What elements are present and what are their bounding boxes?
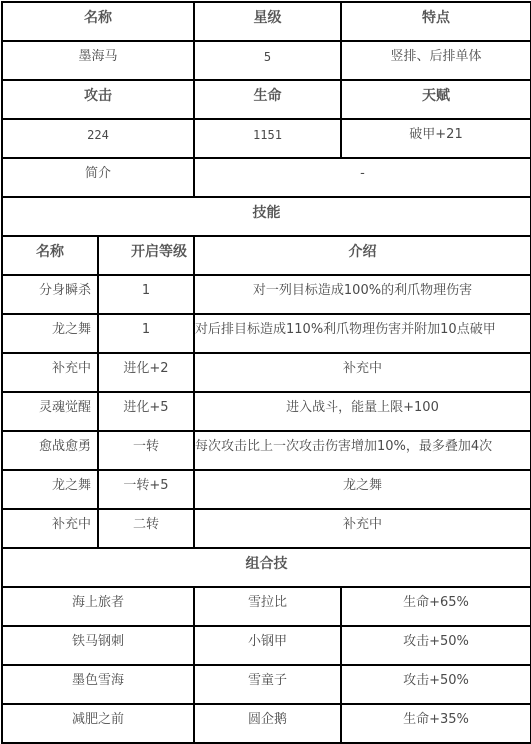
pet-feature: 竖排、后排单体 [341,41,531,80]
pet-attack: 224 [2,119,194,158]
skill-level: 二转 [98,509,194,548]
header-feature: 特点 [341,2,531,41]
skill-name: 灵魂觉醒 [2,392,98,431]
pet-hp: 1151 [194,119,341,158]
skill-desc: 龙之舞 [194,470,531,509]
combo-row: 海上旅者 雪拉比 生命+65% [2,587,531,626]
combo-partner: 雪拉比 [194,587,341,626]
header-stars: 星级 [194,2,341,41]
header-name: 名称 [2,2,194,41]
header-hp: 生命 [194,80,341,119]
combo-partner: 小钢甲 [194,626,341,665]
skill-level: 一转+5 [98,470,194,509]
skill-desc: 补充中 [194,353,531,392]
combo-effect: 攻击+50% [341,665,531,704]
combo-partner: 雪童子 [194,665,341,704]
combo-effect: 生命+65% [341,587,531,626]
skills-title: 技能 [2,197,531,236]
intro-value: - [194,158,531,197]
skill-name: 愈战愈勇 [2,431,98,470]
skill-name: 补充中 [2,353,98,392]
skill-desc: 进入战斗，能量上限+100 [194,392,531,431]
intro-row: 简介 - [2,158,531,197]
skills-header-name: 名称 [2,236,98,275]
stat-header-row: 攻击 生命 天赋 [2,80,531,119]
skills-header-level: 开启等级 [98,236,194,275]
skills-title-row: 技能 [2,197,531,236]
combo-row: 墨色雪海 雪童子 攻击+50% [2,665,531,704]
skill-desc: 对一列目标造成100%的利爪物理伤害 [194,275,531,314]
combo-name: 墨色雪海 [2,665,194,704]
skill-desc: 每次攻击比上一次攻击伤害增加10%，最多叠加4次 [194,431,531,470]
skills-header-desc: 介绍 [194,236,531,275]
skill-row: 补充中 二转 补充中 [2,509,531,548]
pet-stars: 5 [194,41,341,80]
combo-effect: 生命+35% [341,704,531,743]
combo-row: 减肥之前 圆企鹅 生命+35% [2,704,531,743]
skill-level: 一转 [98,431,194,470]
skill-level: 1 [98,314,194,353]
skills-header-row: 名称 开启等级 介绍 [2,236,531,275]
combo-partner: 圆企鹅 [194,704,341,743]
basic-value-row: 墨海马 5 竖排、后排单体 [2,41,531,80]
skill-level: 进化+2 [98,353,194,392]
skill-row: 灵魂觉醒 进化+5 进入战斗，能量上限+100 [2,392,531,431]
skill-name: 龙之舞 [2,470,98,509]
combo-name: 减肥之前 [2,704,194,743]
basic-header-row: 名称 星级 特点 [2,2,531,41]
skill-name: 分身瞬杀 [2,275,98,314]
combo-name: 铁马钢刺 [2,626,194,665]
skill-row: 愈战愈勇 一转 每次攻击比上一次攻击伤害增加10%，最多叠加4次 [2,431,531,470]
skill-row: 分身瞬杀 1 对一列目标造成100%的利爪物理伤害 [2,275,531,314]
pet-name: 墨海马 [2,41,194,80]
combo-name: 海上旅者 [2,587,194,626]
combo-effect: 攻击+50% [341,626,531,665]
skill-desc: 对后排目标造成110%利爪物理伤害并附加10点破甲 [194,314,531,353]
skill-level: 1 [98,275,194,314]
combos-title: 组合技 [2,548,531,587]
skill-row: 补充中 进化+2 补充中 [2,353,531,392]
skill-name: 补充中 [2,509,98,548]
header-talent: 天赋 [341,80,531,119]
skill-name: 龙之舞 [2,314,98,353]
combos-title-row: 组合技 [2,548,531,587]
intro-label: 简介 [2,158,194,197]
pet-talent: 破甲+21 [341,119,531,158]
skill-row: 龙之舞 一转+5 龙之舞 [2,470,531,509]
skill-row: 龙之舞 1 对后排目标造成110%利爪物理伤害并附加10点破甲 [2,314,531,353]
stat-value-row: 224 1151 破甲+21 [2,119,531,158]
skill-desc: 补充中 [194,509,531,548]
combo-row: 铁马钢刺 小钢甲 攻击+50% [2,626,531,665]
header-attack: 攻击 [2,80,194,119]
skill-level: 进化+5 [98,392,194,431]
pet-info-table: 名称 星级 特点 墨海马 5 竖排、后排单体 攻击 生命 天赋 224 1151… [1,1,531,744]
